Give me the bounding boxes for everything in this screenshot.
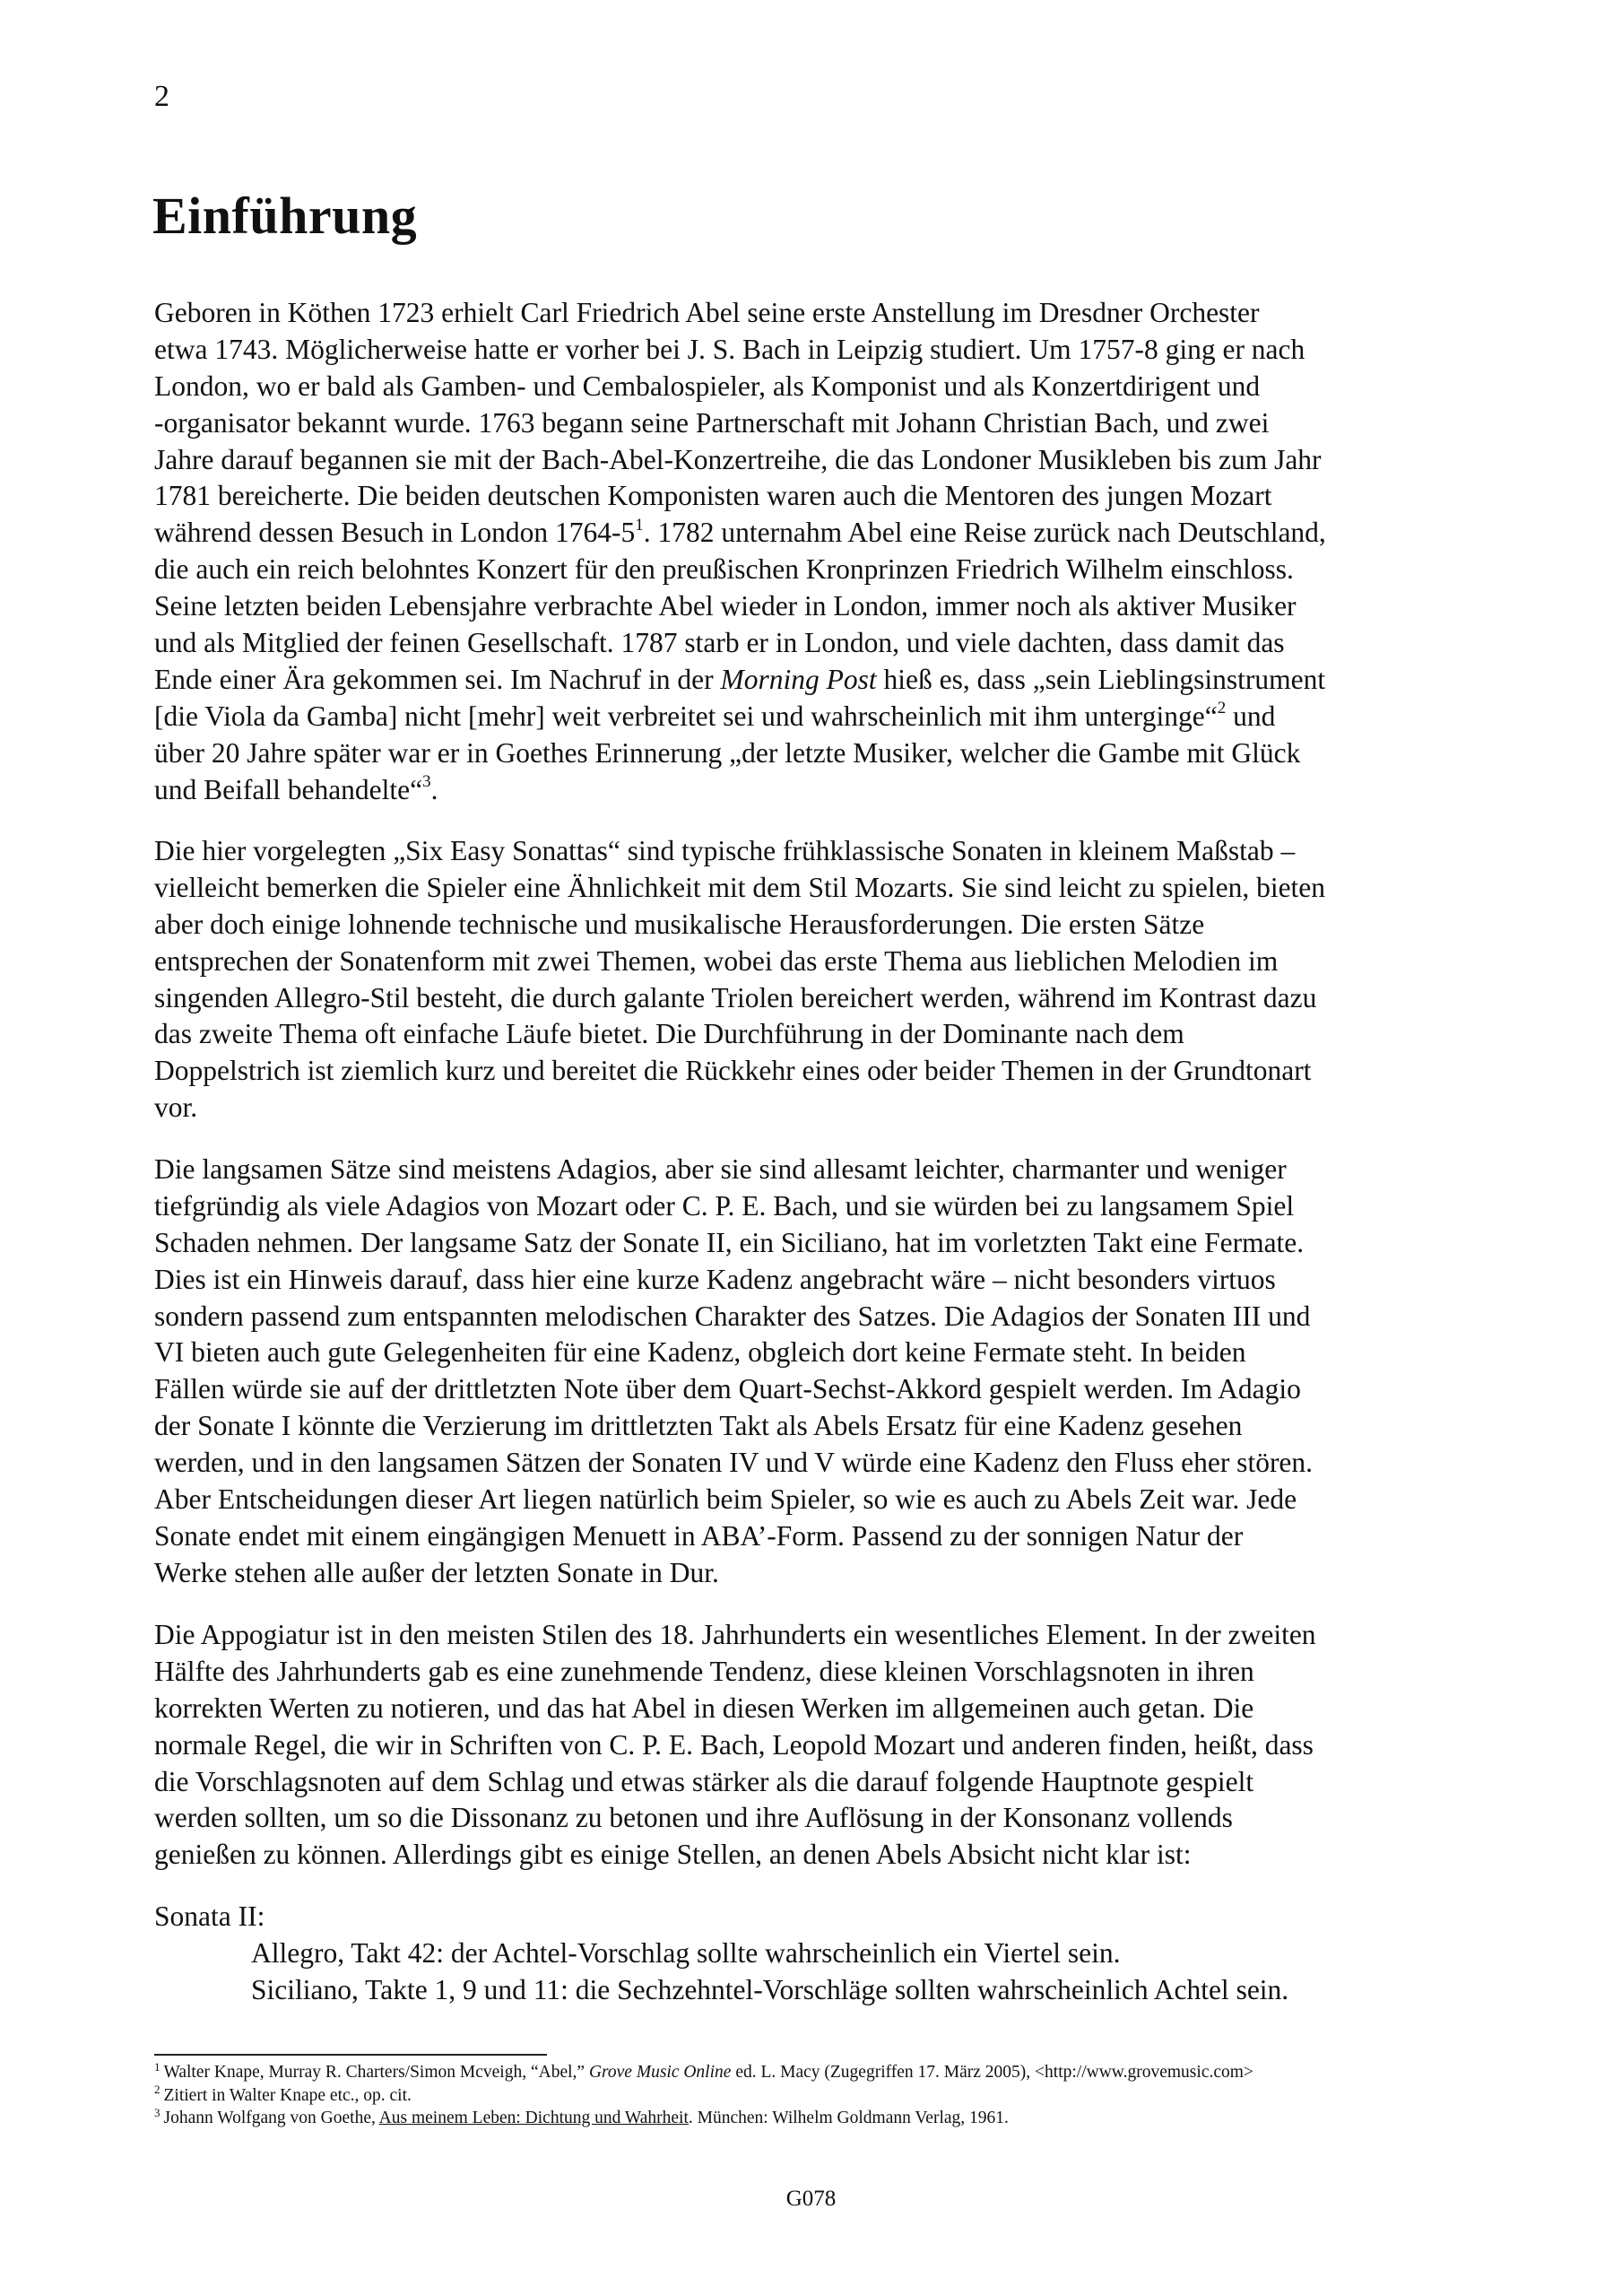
catalog-code: G078 (0, 2181, 1622, 2217)
text-segment: während dessen Besuch in London 1764-5 (154, 517, 635, 548)
text-line: während dessen Besuch in London 1764-51.… (154, 515, 1481, 552)
footnote-ref-2[interactable]: 2 (1218, 699, 1227, 717)
notes-list-item: Siciliano, Takte 1, 9 und 11: die Sechze… (154, 1972, 1481, 2009)
text-line: London, wo er bald als Gamben- und Cemba… (154, 369, 1481, 405)
text-line: etwa 1743. Möglicherweise hatte er vorhe… (154, 332, 1481, 369)
text-line: Ende einer Ära gekommen sei. Im Nachruf … (154, 662, 1481, 699)
text-line: Schaden nehmen. Der langsame Satz der So… (154, 1225, 1481, 1262)
footnote-text: Zitiert in Walter Knape etc., op. cit. (164, 2086, 412, 2105)
paragraph-sonatas-overview: Die hier vorgelegten „Six Easy Sonattas“… (154, 833, 1481, 1126)
paragraph-slow-movements: Die langsamen Sätze sind meistens Adagio… (154, 1152, 1481, 1592)
text-line: singenden Allegro-Stil besteht, die durc… (154, 980, 1481, 1017)
newspaper-title: Morning Post (721, 664, 877, 695)
footnote-text: Johann Wolfgang von Goethe, (164, 2109, 379, 2127)
text-segment: . (431, 774, 438, 805)
page-number: 2 (154, 79, 169, 115)
text-line: das zweite Thema oft einfache Läufe biet… (154, 1016, 1481, 1053)
sonata-notes-list: Sonata II: Allegro, Takt 42: der Achtel-… (154, 1899, 1481, 2009)
text-line: vielleicht bemerken die Spieler eine Ähn… (154, 870, 1481, 907)
source-title: Grove Music Online (589, 2063, 732, 2082)
text-line: entsprechen der Sonatenform mit zwei The… (154, 944, 1481, 980)
text-segment: hieß es, dass „sein Lieblingsinstrument (877, 664, 1325, 695)
text-line: Fällen würde sie auf der drittletzten No… (154, 1371, 1481, 1408)
paragraph-intro-biography: Geboren in Köthen 1723 erhielt Carl Frie… (154, 295, 1481, 808)
text-segment: Ende einer Ära gekommen sei. Im Nachruf … (154, 664, 721, 695)
page-title: Einführung (152, 185, 417, 248)
footnote-text: . München: Wilhelm Goldmann Verlag, 1961… (689, 2109, 1009, 2127)
text-line: sondern passend zum entspannten melodisc… (154, 1299, 1481, 1335)
text-line: -organisator bekannt wurde. 1763 begann … (154, 405, 1481, 442)
text-line: Die Appogiatur ist in den meisten Stilen… (154, 1617, 1481, 1654)
book-title: Aus meinem Leben: Dichtung und Wahrheit (379, 2109, 689, 2127)
footnote-text: ed. L. Macy (Zugegriffen 17. März 2005),… (731, 2063, 1253, 2082)
text-line: korrekten Werten zu notieren, und das ha… (154, 1691, 1481, 1727)
text-line: genießen zu können. Allerdings gibt es e… (154, 1837, 1481, 1874)
footnote-separator (154, 2054, 547, 2056)
text-line: normale Regel, die wir in Schriften von … (154, 1727, 1481, 1764)
text-line: der Sonate I könnte die Verzierung im dr… (154, 1408, 1481, 1445)
notes-list-title: Sonata II: (154, 1899, 1481, 1935)
footnote-ref-1[interactable]: 1 (635, 516, 644, 535)
text-line: VI bieten auch gute Gelegenheiten für ei… (154, 1335, 1481, 1371)
text-line: werden sollten, um so die Dissonanz zu b… (154, 1800, 1481, 1837)
text-line: vor. (154, 1090, 1481, 1126)
text-line: über 20 Jahre später war er in Goethes E… (154, 735, 1481, 772)
text-line: 1781 bereicherte. Die beiden deutschen K… (154, 478, 1481, 515)
text-segment: und Beifall behandelte“ (154, 774, 422, 805)
text-segment: [die Viola da Gamba] nicht [mehr] weit v… (154, 700, 1218, 732)
text-line: Geboren in Köthen 1723 erhielt Carl Frie… (154, 295, 1481, 332)
footnote-number: 3 (154, 2106, 160, 2119)
text-line: und als Mitglied der feinen Gesellschaft… (154, 625, 1481, 662)
paragraph-appoggiatura: Die Appogiatur ist in den meisten Stilen… (154, 1617, 1481, 1874)
text-line: Jahre darauf begannen sie mit der Bach-A… (154, 442, 1481, 479)
footnote-2: 2Zitiert in Walter Knape etc., op. cit. (154, 2084, 1481, 2108)
text-line: Aber Entscheidungen dieser Art liegen na… (154, 1482, 1481, 1518)
footnote-number: 1 (154, 2060, 160, 2074)
text-line: Seine letzten beiden Lebensjahre verbrac… (154, 588, 1481, 625)
text-line: die auch ein reich belohntes Konzert für… (154, 552, 1481, 588)
notes-list-item: Allegro, Takt 42: der Achtel-Vorschlag s… (154, 1935, 1481, 1972)
text-line: Die langsamen Sätze sind meistens Adagio… (154, 1152, 1481, 1188)
text-line: Werke stehen alle außer der letzten Sona… (154, 1555, 1481, 1592)
text-line: und Beifall behandelte“3. (154, 772, 1481, 809)
text-line: Doppelstrich ist ziemlich kurz und berei… (154, 1053, 1481, 1090)
footnote-text: Walter Knape, Murray R. Charters/Simon M… (164, 2063, 589, 2082)
footnote-number: 2 (154, 2083, 160, 2096)
text-line: Die hier vorgelegten „Six Easy Sonattas“… (154, 833, 1481, 870)
text-segment: und (1226, 700, 1275, 732)
footnotes: 1Walter Knape, Murray R. Charters/Simon … (154, 2061, 1481, 2130)
text-line: Hälfte des Jahrhunderts gab es eine zune… (154, 1654, 1481, 1691)
text-line: [die Viola da Gamba] nicht [mehr] weit v… (154, 699, 1481, 735)
footnote-3: 3Johann Wolfgang von Goethe, Aus meinem … (154, 2107, 1481, 2130)
text-segment: . 1782 unternahm Abel eine Reise zurück … (644, 517, 1326, 548)
text-line: die Vorschlagsnoten auf dem Schlag und e… (154, 1764, 1481, 1801)
footnote-1: 1Walter Knape, Murray R. Charters/Simon … (154, 2061, 1481, 2084)
footnote-ref-3[interactable]: 3 (422, 772, 431, 791)
text-line: tiefgründig als viele Adagios von Mozart… (154, 1188, 1481, 1225)
text-line: aber doch einige lohnende technische und… (154, 907, 1481, 944)
text-line: werden, und in den langsamen Sätzen der … (154, 1445, 1481, 1482)
text-line: Sonate endet mit einem eingängigen Menue… (154, 1518, 1481, 1555)
text-line: Dies ist ein Hinweis darauf, dass hier e… (154, 1262, 1481, 1299)
